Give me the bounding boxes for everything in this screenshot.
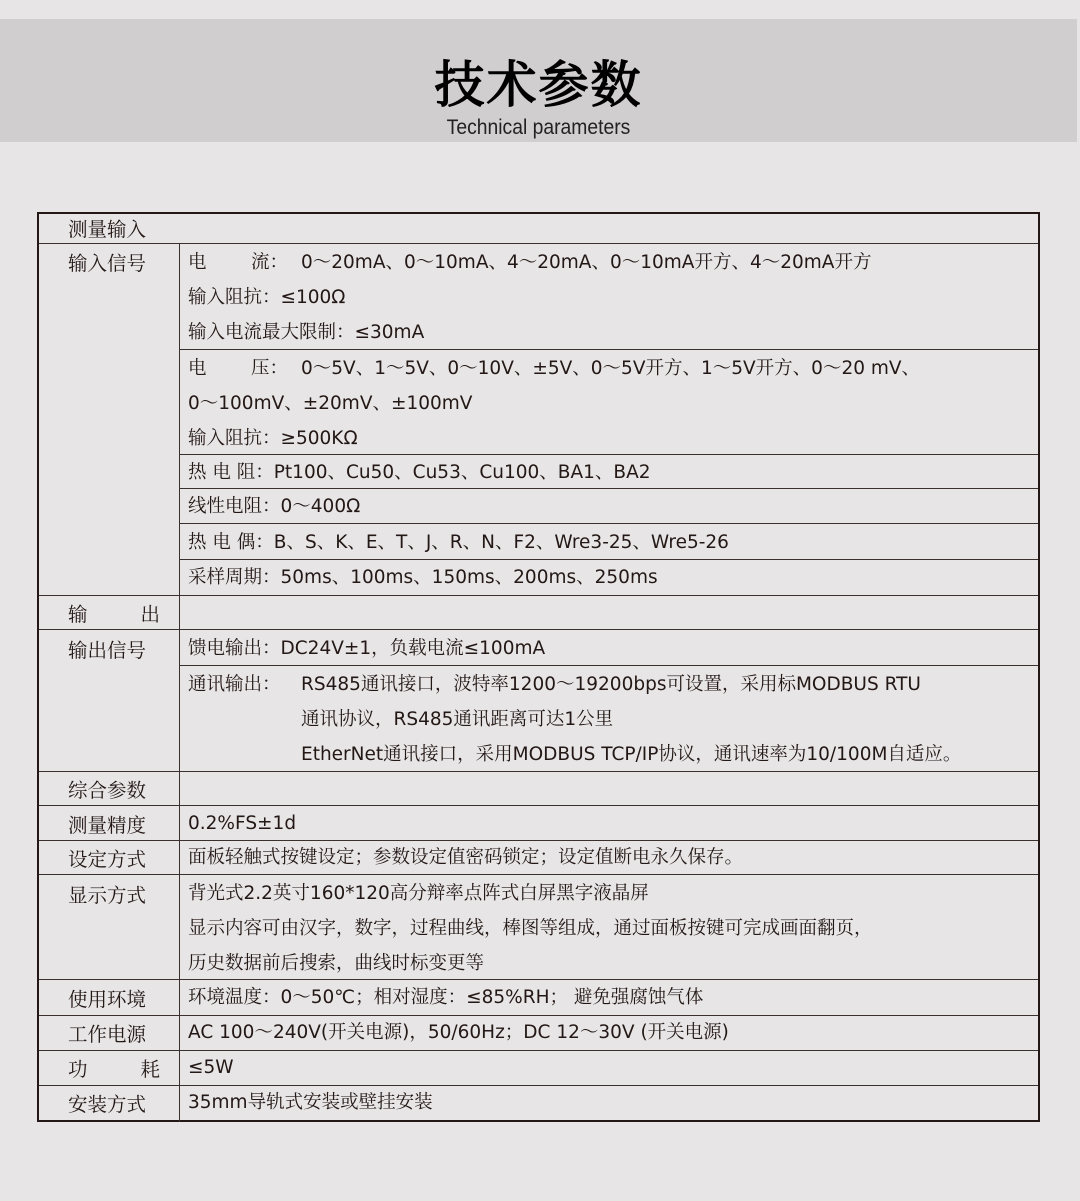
- row-divider: [39, 595, 1038, 596]
- voltage-value-2: 0～100mV、±20mV、±100mV: [188, 386, 472, 421]
- row-divider: [39, 243, 1038, 244]
- feed-value: DC24V±1，负载电流≤100mA: [281, 638, 546, 659]
- row-divider: [179, 349, 1038, 350]
- comm-value-1: RS485通讯接口，波特率1200～19200bps可设置，采用标MODBUS …: [301, 674, 921, 695]
- output-label-a: 输: [68, 597, 88, 632]
- voltage-line: 电压：0～5V、1～5V、0～10V、±5V、0～5V开方、1～5V开方、0～2…: [188, 351, 920, 386]
- label-power-supply: 工作电源: [68, 1017, 160, 1052]
- tc-line: 热 电 偶：B、S、K、E、T、J、R、N、F2、Wre3-25、Wre5-26: [188, 525, 729, 560]
- current-max: 输入电流最大限制：≤30mA: [188, 315, 424, 350]
- sampling-key: 采样周期：: [188, 567, 281, 588]
- label-setting: 设定方式: [68, 842, 160, 877]
- current-line: 电流：0～20mA、0～10mA、4～20mA、0～10mA开方、4～20mA开…: [188, 245, 871, 280]
- current-impedance: 输入阻抗：≤100Ω: [188, 280, 345, 315]
- comm-line-1: 通讯输出：RS485通讯接口，波特率1200～19200bps可设置，采用标MO…: [188, 667, 921, 702]
- column-divider: [179, 243, 180, 1122]
- rtd-value: Pt100、Cu50、Cu53、Cu100、BA1、BA2: [274, 462, 651, 483]
- label-environment: 使用环境: [68, 982, 160, 1017]
- tc-key: 热 电 偶：: [188, 532, 274, 553]
- header-banner: 技术参数 Technical parameters: [0, 19, 1077, 142]
- current-key-b: 流：: [251, 245, 288, 280]
- installation-value: 35mm导轨式安装或壁挂安装: [188, 1085, 433, 1120]
- accuracy-value: 0.2%FS±1d: [188, 806, 296, 841]
- current-value: 0～20mA、0～10mA、4～20mA、0～10mA开方、4～20mA开方: [301, 252, 871, 273]
- setting-value: 面板轻触式按键设定；参数设定值密码锁定；设定值断电永久保存。: [188, 840, 743, 875]
- output-label-b: 出: [140, 597, 160, 632]
- feed-line: 馈电输出：DC24V±1，负载电流≤100mA: [188, 631, 545, 666]
- linear-line: 线性电阻：0～400Ω: [188, 489, 360, 524]
- voltage-key-b: 压：: [251, 351, 288, 386]
- comm-key: 通讯输出：: [188, 667, 301, 702]
- display-line-3: 历史数据前后搜索，曲线时标变更等: [188, 946, 484, 981]
- row-divider: [179, 523, 1038, 524]
- section-measure-input: 测量输入: [68, 212, 160, 247]
- display-line-1: 背光式2.2英寸160*120高分辩率点阵式白屏黑字液晶屏: [188, 876, 649, 911]
- page-title: 技术参数: [0, 55, 1077, 115]
- label-power-consumption: 功耗: [68, 1052, 160, 1087]
- sampling-value: 50ms、100ms、150ms、200ms、250ms: [281, 567, 658, 588]
- section-general: 综合参数: [68, 773, 160, 808]
- linear-key: 线性电阻：: [188, 496, 281, 517]
- tc-value: B、S、K、E、T、J、R、N、F2、Wre3-25、Wre5-26: [274, 532, 729, 553]
- power-label-a: 功: [68, 1052, 88, 1087]
- row-divider: [39, 874, 1038, 875]
- power-supply-value: AC 100～240V(开关电源)，50/60Hz；DC 12～30V (开关电…: [188, 1015, 729, 1050]
- label-input-signal: 输入信号: [68, 246, 160, 281]
- current-key-a: 电: [188, 245, 207, 280]
- voltage-value-1: 0～5V、1～5V、0～10V、±5V、0～5V开方、1～5V开方、0～20 m…: [301, 358, 920, 379]
- power-consumption-value: ≤5W: [188, 1050, 234, 1085]
- row-divider: [39, 771, 1038, 772]
- row-divider: [179, 665, 1038, 666]
- linear-value: 0～400Ω: [281, 496, 361, 517]
- voltage-impedance: 输入阻抗：≥500KΩ: [188, 421, 358, 456]
- display-line-2: 显示内容可由汉字，数字，过程曲线，棒图等组成，通过面板按键可完成画面翻页，: [188, 911, 873, 946]
- comm-line-3: EtherNet通讯接口，采用MODBUS TCP/IP协议，通讯速率为10/1…: [188, 737, 961, 772]
- label-installation: 安装方式: [68, 1087, 160, 1122]
- rtd-line: 热 电 阻：Pt100、Cu50、Cu53、Cu100、BA1、BA2: [188, 455, 651, 490]
- label-accuracy: 测量精度: [68, 808, 160, 843]
- feed-key: 馈电输出：: [188, 638, 281, 659]
- comm-value-3: EtherNet通讯接口，采用MODBUS TCP/IP协议，通讯速率为10/1…: [301, 744, 961, 765]
- environment-value: 环境温度：0～50℃；相对湿度：≤85%RH； 避免强腐蚀气体: [188, 980, 703, 1015]
- comm-value-2: 通讯协议，RS485通讯距离可达1公里: [301, 709, 613, 730]
- section-output: 输出: [68, 597, 160, 632]
- comm-line-2: 通讯协议，RS485通讯距离可达1公里: [188, 702, 613, 737]
- spec-table: 测量输入 输入信号 电流：0～20mA、0～10mA、4～20mA、0～10mA…: [37, 212, 1040, 1122]
- sampling-line: 采样周期：50ms、100ms、150ms、200ms、250ms: [188, 560, 658, 595]
- rtd-key: 热 电 阻：: [188, 462, 274, 483]
- voltage-key-a: 电: [188, 351, 207, 386]
- label-display: 显示方式: [68, 878, 160, 913]
- power-label-b: 耗: [140, 1052, 160, 1087]
- label-output-signal: 输出信号: [68, 633, 160, 668]
- page-subtitle: Technical parameters: [43, 115, 1034, 141]
- row-divider: [39, 629, 1038, 630]
